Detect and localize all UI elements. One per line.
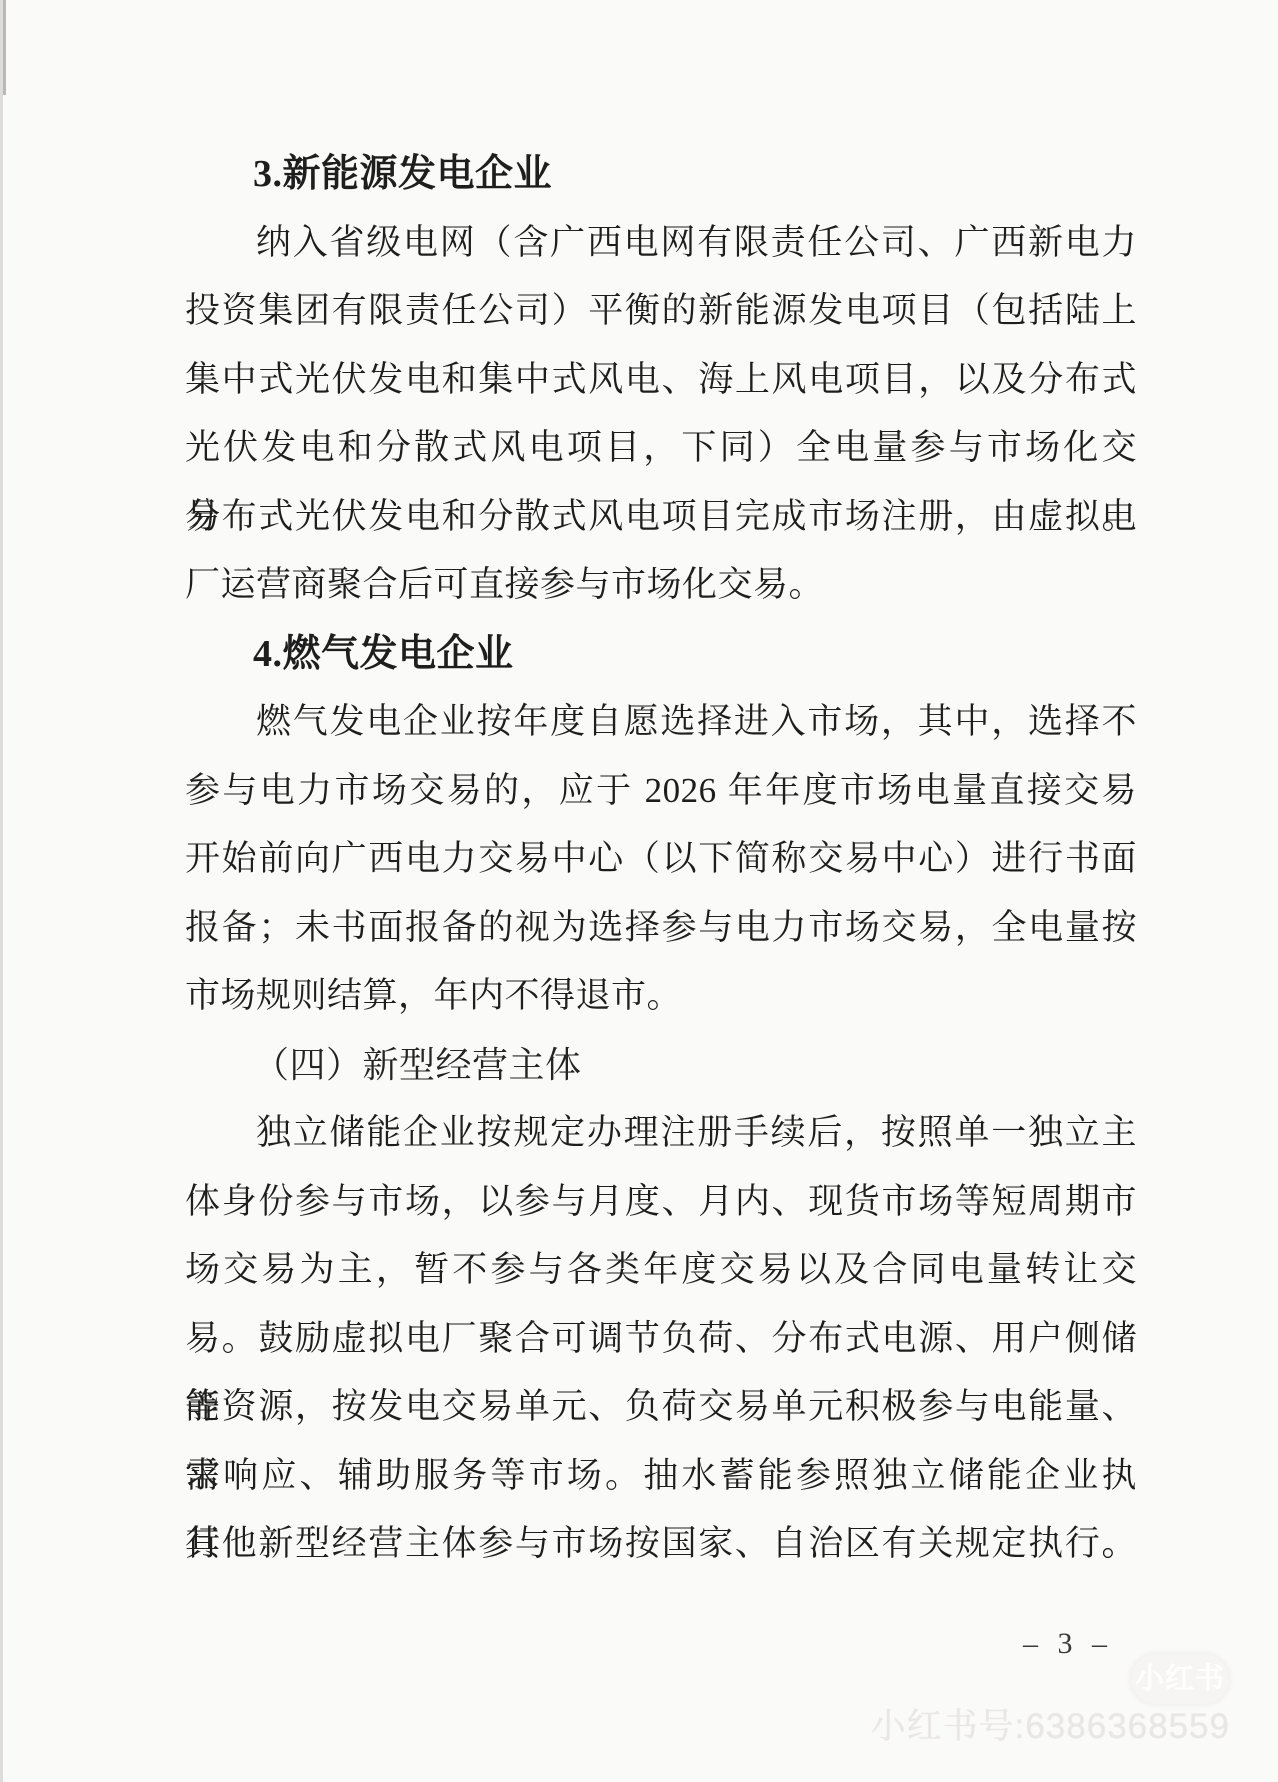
paragraph-line: 报备；未书面报备的视为选择参与电力市场交易，全电量按 <box>185 894 1137 963</box>
paragraph-line: 燃气发电企业按年度自愿选择进入市场，其中，选择不 <box>185 688 1137 757</box>
paragraph-line: 开始前向广西电力交易中心（以下简称交易中心）进行书面 <box>185 825 1137 894</box>
paragraph-line: 独立储能企业按规定办理注册手续后，按照单一独立主 <box>185 1099 1137 1168</box>
page-number: – 3 – <box>1023 1628 1113 1660</box>
paragraph-line: 求响应、辅助服务等市场。抽水蓄能参照独立储能企业执行。 <box>185 1442 1137 1511</box>
paragraph-line: 投资集团有限责任公司）平衡的新能源发电项目（包括陆上 <box>185 277 1137 346</box>
paragraph-line: 体身份参与市场，以参与月度、月内、现货市场等短周期市 <box>185 1168 1137 1237</box>
paragraph-line: 厂运营商聚合后可直接参与市场化交易。 <box>185 551 1137 620</box>
xiaohongshu-badge-label: 小红书 <box>1135 1663 1225 1695</box>
xiaohongshu-badge: 小红书 <box>1131 1654 1229 1704</box>
section-heading: 4.燃气发电企业 <box>185 620 1137 689</box>
section-heading: 3.新能源发电企业 <box>185 140 1137 209</box>
paragraph-line: 其他新型经营主体参与市场按国家、自治区有关规定执行。 <box>185 1510 1137 1579</box>
scan-edge-artifact <box>3 0 6 95</box>
paragraph-line: 集中式光伏发电和集中式风电、海上风电项目，以及分布式 <box>185 346 1137 415</box>
paragraph-line: 参与电力市场交易的，应于 2026 年年度市场电量直接交易 <box>185 757 1137 826</box>
document-body: 3.新能源发电企业纳入省级电网（含广西电网有限责任公司、广西新电力投资集团有限责… <box>185 140 1137 1579</box>
paragraph-line: 场交易为主，暂不参与各类年度交易以及合同电量转让交 <box>185 1236 1137 1305</box>
paragraph-line: 易。鼓励虚拟电厂聚合可调节负荷、分布式电源、用户侧储能 <box>185 1305 1137 1374</box>
xiaohongshu-account-watermark: 小红书号:6386368559 <box>871 1706 1230 1748</box>
paragraph-line: 市场规则结算，年内不得退市。 <box>185 962 1137 1031</box>
paragraph-line: 分布式光伏发电和分散式风电项目完成市场注册，由虚拟电 <box>185 483 1137 552</box>
document-page: 3.新能源发电企业纳入省级电网（含广西电网有限责任公司、广西新电力投资集团有限责… <box>0 0 1278 1782</box>
paragraph-line: 光伏发电和分散式风电项目，下同）全电量参与市场化交易。 <box>185 414 1137 483</box>
paragraph-line: 纳入省级电网（含广西电网有限责任公司、广西新电力 <box>185 209 1137 278</box>
paragraph-line: 等资源，按发电交易单元、负荷交易单元积极参与电能量、需 <box>185 1373 1137 1442</box>
section-heading: （四）新型经营主体 <box>185 1031 1137 1100</box>
